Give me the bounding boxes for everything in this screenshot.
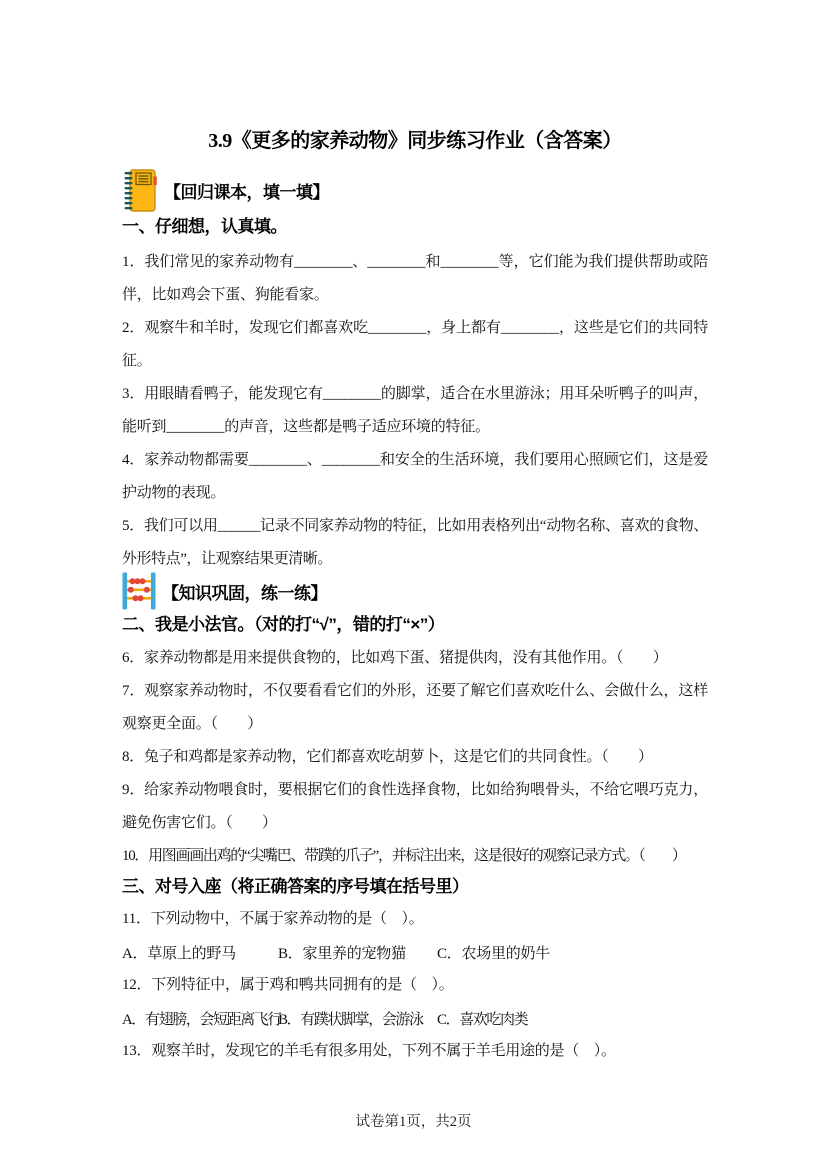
question-3: 3．用眼睛看鸭子，能发现它有________的脚掌，适合在水里游泳；用耳朵听鸭子… xyxy=(122,378,708,444)
question-6: 6．家养动物都是用来提供食物的，比如鸡下蛋、猪提供肉，没有其他作用。（ ） xyxy=(122,642,708,675)
worksheet-page: 3.9《更多的家养动物》同步练习作业（含答案） xyxy=(0,0,827,1169)
question-8: 8．兔子和鸡都是家养动物，它们都喜欢吃胡萝卜，这是它们的共同食性。（ ） xyxy=(122,741,708,774)
banner-practice: 【知识巩固，练一练】 xyxy=(122,572,708,610)
question-12-stem: 12．下列特征中，属于鸡和鸭共同拥有的是（ ）。 xyxy=(122,969,708,1002)
section-heading-judge: 二、我是小法官。（对的打“√”，错的打“×”） xyxy=(122,613,708,637)
question-4: 4．家养动物都需要________、________和安全的生活环境，我们要用心… xyxy=(122,444,708,510)
question-7: 7．观察家养动物时，不仅要看看它们的外形，还要了解它们喜欢吃什么、会做什么，这样… xyxy=(122,675,708,741)
section-heading-fill: 一、仔细想，认真填。 xyxy=(122,215,708,239)
abacus-icon xyxy=(122,572,156,610)
banner-review: 【回归课本，填一填】 xyxy=(122,168,708,213)
banner-review-label: 【回归课本，填一填】 xyxy=(164,178,329,203)
option-b: B．家里养的宠物猫 xyxy=(278,942,437,963)
question-9: 9．给家养动物喂食时，要根据它们的食性选择食物，比如给狗喂骨头，不给它喂巧克力，… xyxy=(122,774,708,840)
banner-practice-label: 【知识巩固，练一练】 xyxy=(162,579,327,604)
page-footer: 试卷第1页，共2页 xyxy=(0,1110,827,1131)
option-a: A．草原上的野马 xyxy=(122,942,278,963)
notebook-icon xyxy=(122,168,158,213)
question-5: 5．我们可以用______记录不同家养动物的特征，比如用表格列出“动物名称、喜欢… xyxy=(122,510,708,576)
option-c: C．农场里的奶牛 xyxy=(437,942,550,963)
question-2: 2．观察牛和羊时，发现它们都喜欢吃________，身上都有________，这… xyxy=(122,312,708,378)
question-1: 1．我们常见的家养动物有________、________和________等，… xyxy=(122,246,708,312)
question-13-stem: 13．观察羊时，发现它的羊毛有很多用处，下列不属于羊毛用途的是（ ）。 xyxy=(122,1035,708,1068)
question-12-options: A．有翅膀，会短距离飞行 B．有蹼状脚掌，会游泳 C．喜欢吃肉类 xyxy=(122,1002,708,1035)
page-content: 3.9《更多的家养动物》同步练习作业（含答案） xyxy=(0,126,827,1068)
section-heading-choice: 三、对号入座（将正确答案的序号填在括号里） xyxy=(122,875,708,899)
page-title: 3.9《更多的家养动物》同步练习作业（含答案） xyxy=(122,126,708,156)
option-c: C．喜欢吃肉类 xyxy=(437,1008,527,1029)
question-11-stem: 11．下列动物中，不属于家养动物的是（ ）。 xyxy=(122,903,708,936)
option-a: A．有翅膀，会短距离飞行 xyxy=(122,1008,278,1029)
question-10: 10．用图画画出鸡的“尖嘴巴、带蹼的爪子”，并标注出来，这是很好的观察记录方式。… xyxy=(122,840,708,873)
option-b: B．有蹼状脚掌，会游泳 xyxy=(278,1008,437,1029)
question-11-options: A．草原上的野马 B．家里养的宠物猫 C．农场里的奶牛 xyxy=(122,936,708,969)
